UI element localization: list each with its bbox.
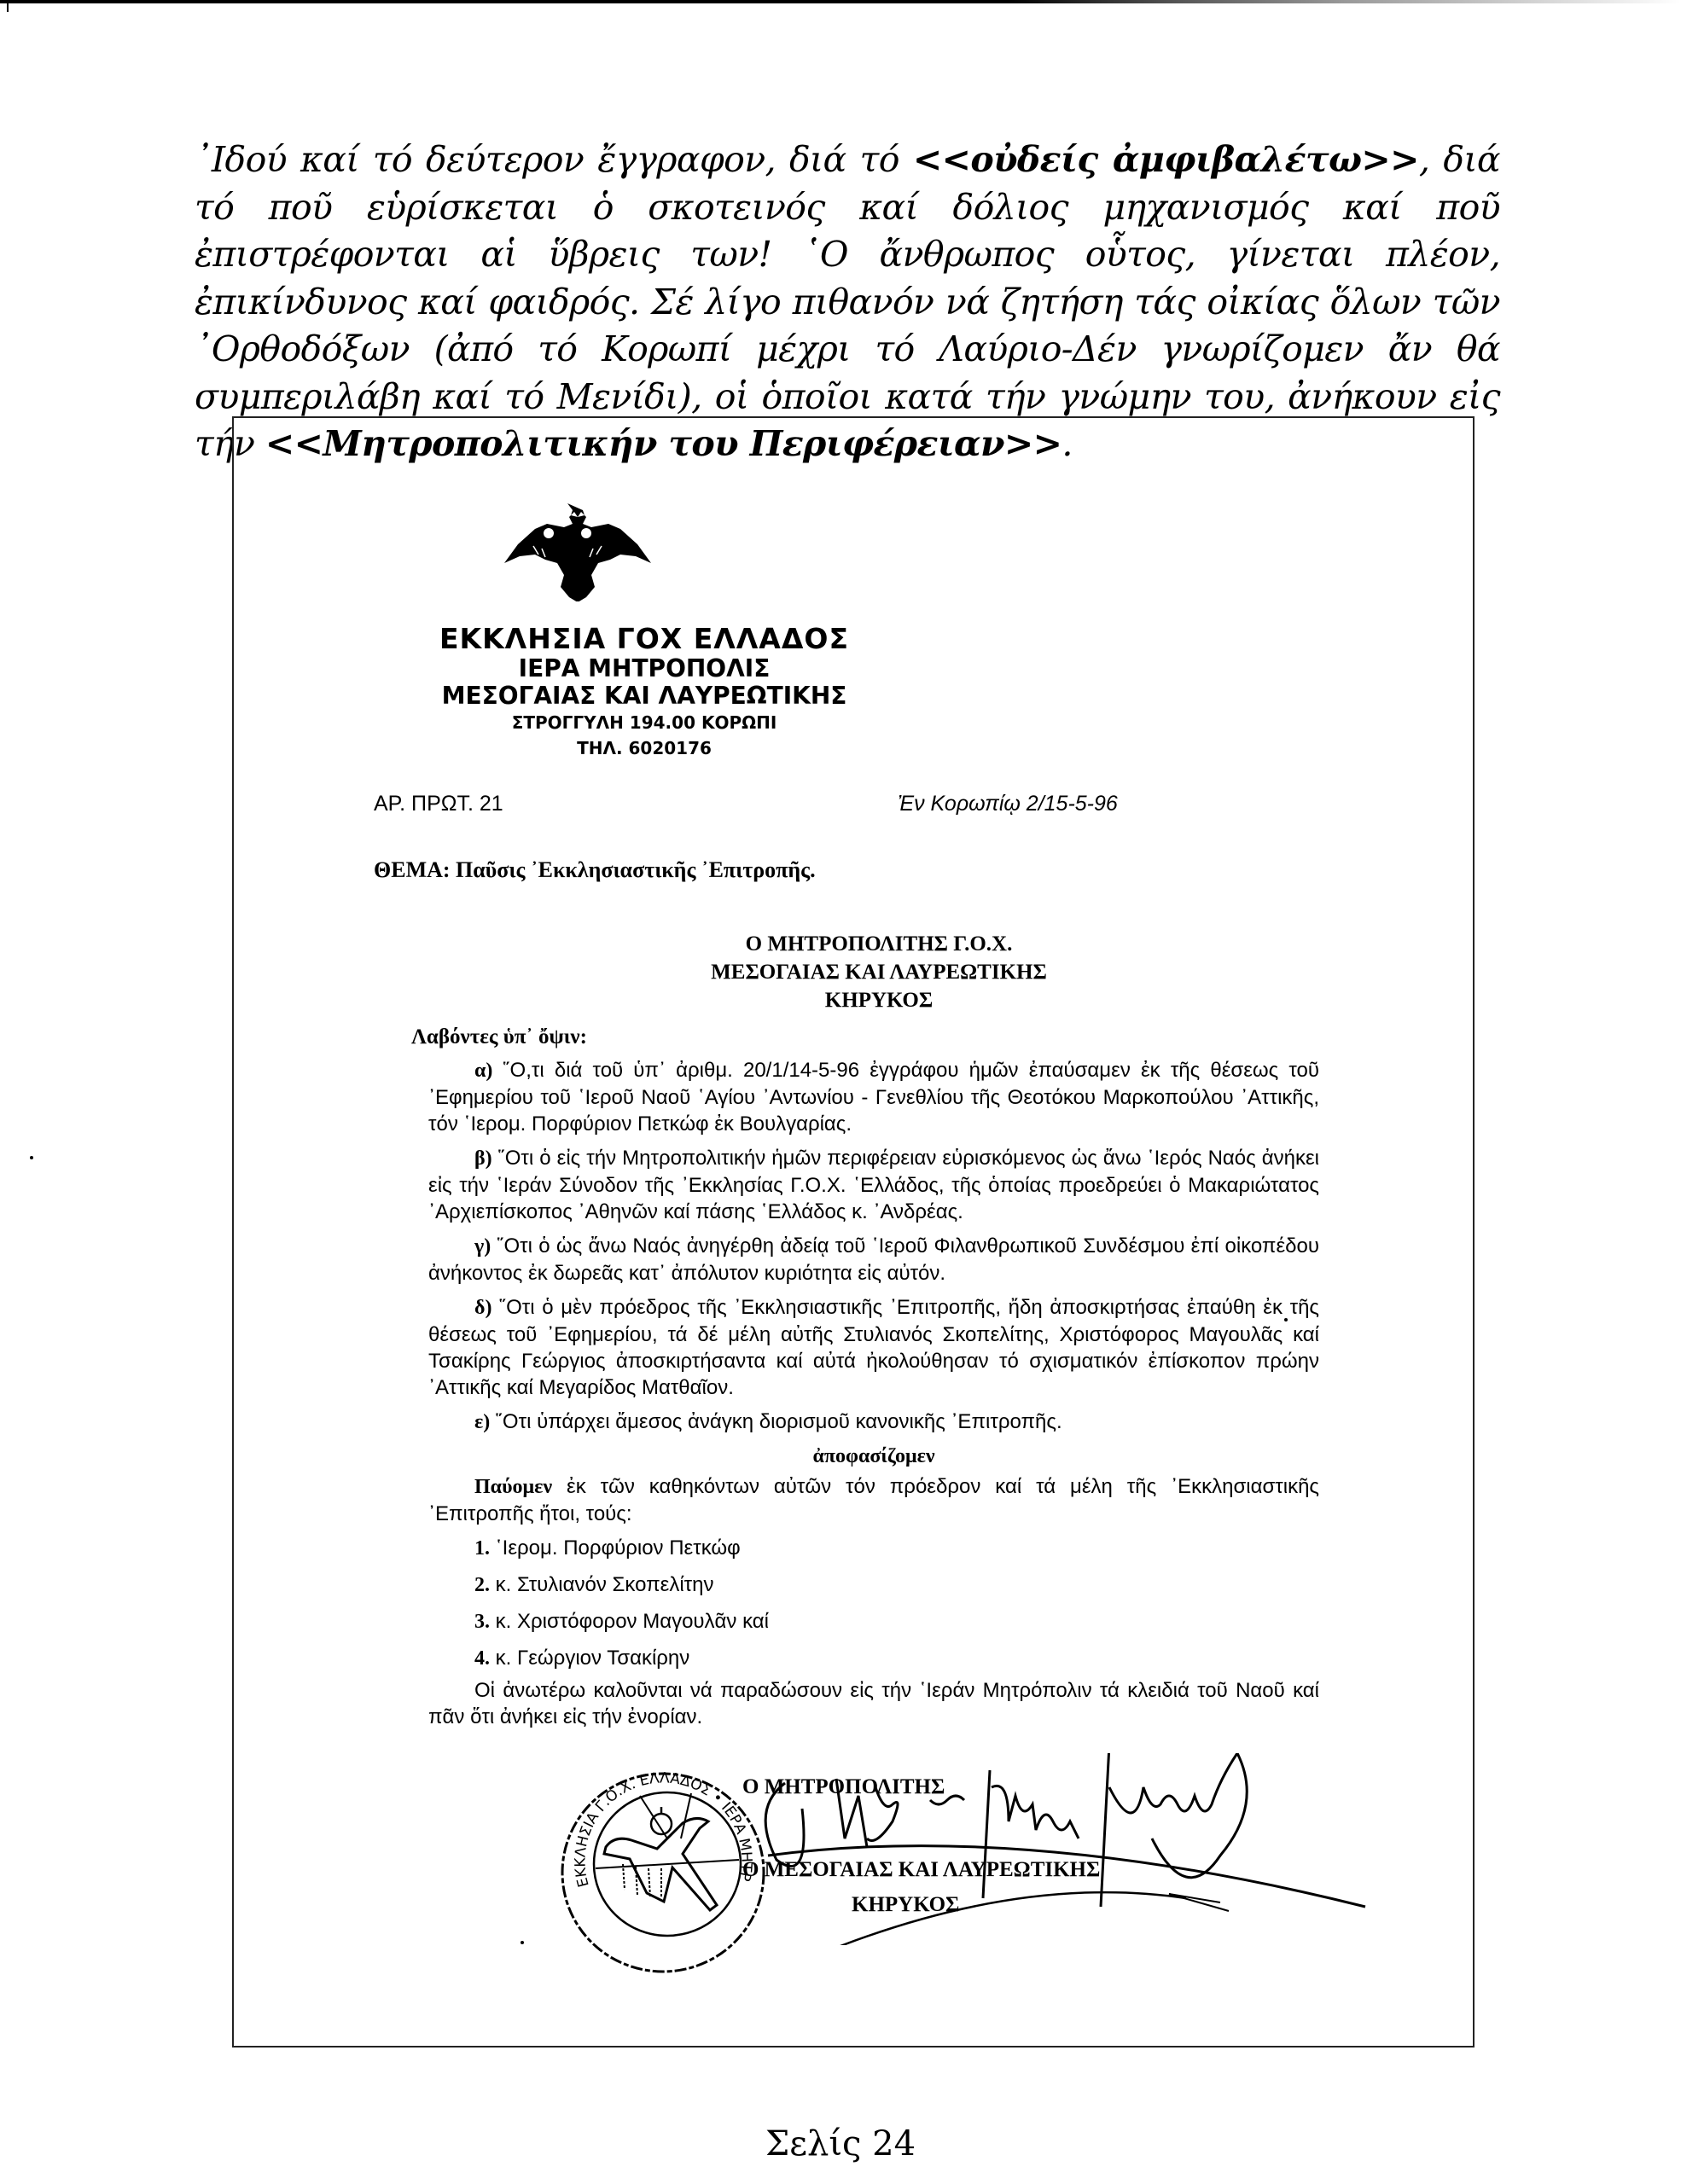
letterhead-phone: ΤΗΛ. 6020176 — [346, 735, 943, 761]
consideration-b: β) ῞Οτι ὁ εἰς τήν Μητροπολιτικήν ἡμῶν πε… — [428, 1145, 1319, 1225]
letterhead-metropolis: ΙΕΡΑ ΜΗΤΡΟΠΟΛΙΣ — [346, 655, 943, 682]
letterhead-church: ΕΚΚΛΗΣΙΑ ΓΟΧ ΕΛΛΑΔΟΣ — [346, 623, 943, 655]
consideration-text: ῞Οτι ὁ ὡς ἄνω Ναός ἀνηγέρθη ἀδείᾳ τοῦ ῾Ι… — [428, 1234, 1319, 1285]
intro-text-1: ᾿Ιδού καί τό δεύτερον ἔγγραφον, διά τό — [195, 139, 913, 180]
member-number: 3. — [474, 1611, 490, 1633]
letterhead: ΕΚΚΛΗΣΙΑ ΓΟΧ ΕΛΛΑΔΟΣ ΙΕΡΑ ΜΗΤΡΟΠΟΛΙΣ ΜΕΣ… — [346, 623, 943, 761]
consideration-e: ε) ῞Οτι ὑπάρχει ἄμεσος ἀνάγκη διορισμοῦ … — [428, 1409, 1319, 1436]
letter-body: Λαβόντες ὑπ᾿ ὄψιν: α) ῞Ο,τι διά τοῦ ὑπ᾿ … — [428, 1024, 1319, 1738]
decision-paragraph: Παύομεν ἐκ τῶν καθηκόντων αὐτῶν τόν πρόε… — [428, 1473, 1319, 1527]
sender-title: Ο ΜΗΤΡΟΠΟΛΙΤΗΣ Γ.Ο.Χ. — [555, 930, 1203, 958]
decision-heading: ἀποφασίζομεν — [428, 1443, 1319, 1470]
closing-paragraph: Οἱ ἀνωτέρω καλοῦνται νά παραδώσουν εἰς τ… — [428, 1677, 1319, 1730]
member-name: κ. Χριστόφορον Μαγουλᾶν καί — [496, 1610, 769, 1633]
letter-subject: ΘΕΜΑ: Παῦσις ᾿Εκκλησιαστικῆς ᾿Επιτροπῆς. — [374, 857, 816, 883]
intro-quote-1: <<οὐδείς ἀμφιβαλέτω>> — [913, 139, 1419, 180]
consideration-d: δ) ῞Οτι ὁ μὲν πρόεδρος τῆς ᾿Εκκλησιαστικ… — [428, 1294, 1319, 1401]
consideration-a: α) ῞Ο,τι διά τοῦ ὑπ᾿ ἀριθμ. 20/1/14-5-96… — [428, 1057, 1319, 1137]
member-item: 1. ῾Ιερομ. Πορφύριον Πετκώφ — [428, 1535, 1319, 1562]
consideration-text: ῞Οτι ὁ εἰς τήν Μητροπολιτικήν ἡμῶν περιφ… — [428, 1147, 1319, 1223]
scan-speck — [521, 1941, 524, 1944]
member-number: 2. — [474, 1574, 490, 1596]
decision-lead: Παύομεν — [474, 1476, 552, 1498]
scan-speck — [30, 1156, 33, 1159]
signature-region: Ο ΜΕΣΟΓΑΙΑΣ ΚΑΙ ΛΑΥΡΕΩΤΙΚΗΣ — [742, 1856, 1100, 1884]
sender-region: ΜΕΣΟΓΑΙΑΣ ΚΑΙ ΛΑΥΡΕΩΤΙΚΗΣ — [555, 958, 1203, 986]
consideration-text: ῞Ο,τι διά τοῦ ὑπ᾿ ἀριθμ. 20/1/14-5-96 ἐγ… — [428, 1059, 1319, 1136]
consideration-text: ῞Οτι ὑπάρχει ἄμεσος ἀνάγκη διορισμοῦ καν… — [496, 1410, 1062, 1433]
letterhead-address: ΣΤΡΟΓΓΥΛΗ 194.00 ΚΟΡΩΠΙ — [346, 710, 943, 735]
member-item: 2. κ. Στυλιανόν Σκοπελίτην — [428, 1571, 1319, 1599]
member-name: κ. Γεώργιον Τσακίρην — [496, 1647, 690, 1670]
double-headed-eagle-icon — [482, 499, 653, 601]
scan-artifact — [7, 0, 9, 12]
protocol-number: ΑΡ. ΠΡΩΤ. 21 — [374, 792, 503, 816]
consideration-mark: δ) — [474, 1297, 492, 1319]
decision-text: ἐκ τῶν καθηκόντων αὐτῶν τόν πρόεδρον καί… — [428, 1475, 1319, 1525]
signature-title: Ο ΜΗΤΡΟΠΟΛΙΤΗΣ — [742, 1773, 1100, 1801]
letter-date: Ἐν Κορωπίῳ 2/15-5-96 — [898, 792, 1118, 816]
member-name: ῾Ιερομ. Πορφύριον Πετκώφ — [496, 1536, 741, 1560]
consideration-mark: ε) — [474, 1411, 490, 1433]
signature-block: Ο ΜΗΤΡΟΠΟΛΙΤΗΣ Ο ΜΕΣΟΓΑΙΑΣ ΚΑΙ ΛΑΥΡΕΩΤΙΚ… — [742, 1773, 1100, 1919]
considering-heading: Λαβόντες ὑπ᾿ ὄψιν: — [411, 1024, 1319, 1050]
consideration-text: ῞Οτι ὁ μὲν πρόεδρος τῆς ᾿Εκκλησιαστικῆς … — [428, 1296, 1319, 1399]
member-name: κ. Στυλιανόν Σκοπελίτην — [496, 1573, 714, 1596]
scan-top-edge — [0, 0, 1681, 3]
sender-block: Ο ΜΗΤΡΟΠΟΛΙΤΗΣ Γ.Ο.Χ. ΜΕΣΟΓΑΙΑΣ ΚΑΙ ΛΑΥΡ… — [555, 930, 1203, 1014]
consideration-mark: γ) — [474, 1235, 491, 1258]
member-number: 4. — [474, 1647, 490, 1670]
letterhead-region: ΜΕΣΟΓΑΙΑΣ ΚΑΙ ΛΑΥΡΕΩΤΙΚΗΣ — [346, 682, 943, 710]
consideration-c: γ) ῞Οτι ὁ ὡς ἄνω Ναός ἀνηγέρθη ἀδείᾳ τοῦ… — [428, 1233, 1319, 1287]
sender-name: ΚΗΡΥΚΟΣ — [555, 986, 1203, 1014]
member-item: 3. κ. Χριστόφορον Μαγουλᾶν καί — [428, 1608, 1319, 1635]
scan-speck — [1284, 1318, 1288, 1321]
consideration-mark: α) — [474, 1060, 492, 1082]
page-number: Σελίς 24 — [0, 2124, 1681, 2164]
member-number: 1. — [474, 1537, 490, 1560]
consideration-mark: β) — [474, 1147, 492, 1170]
signature-name: ΚΗΡΥΚΟΣ — [852, 1891, 1100, 1919]
intro-text-2: , διά τό ποῦ εὑρίσκεται ὁ σκοτεινός καί … — [195, 139, 1500, 464]
member-item: 4. κ. Γεώργιον Τσακίρην — [428, 1645, 1319, 1672]
